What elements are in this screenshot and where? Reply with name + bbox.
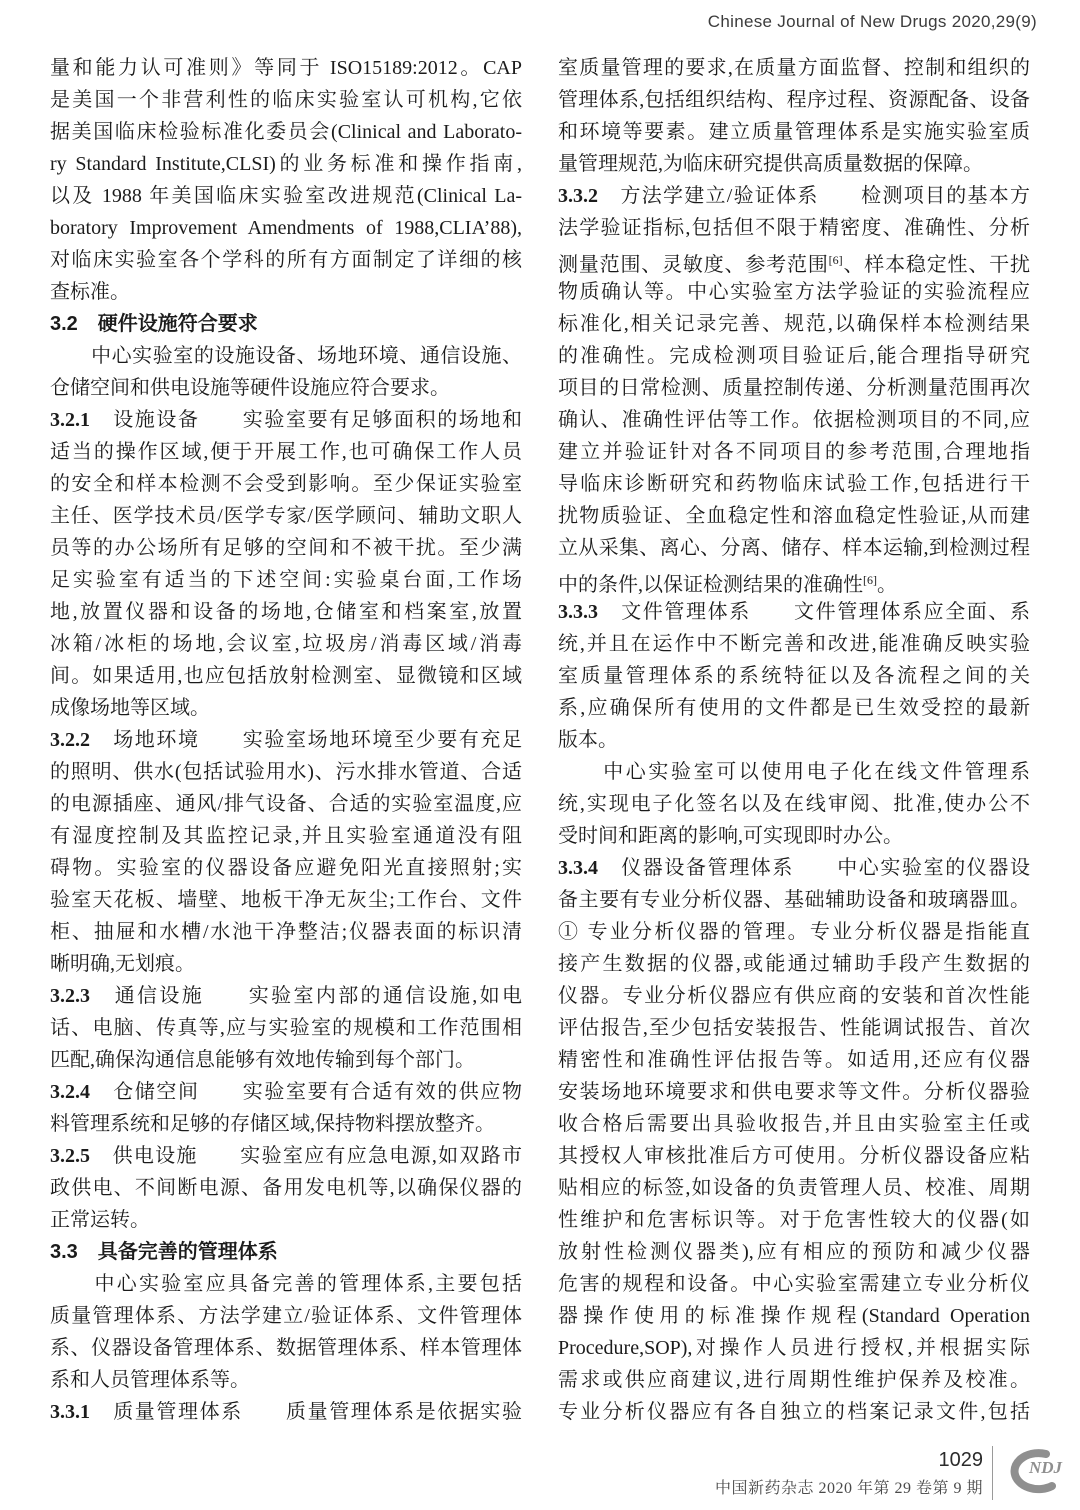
text-line: 室质量管理的要求,在质量方面监督、控制和组织的 [558,52,1030,84]
section-heading: 3.3 具备完善的管理体系 [50,1236,522,1268]
text-line: 柜、抽屉和水槽/水池干净整洁;仪器表面的标识清 [50,916,522,948]
text-line: ① 专业分析仪器的管理。专业分析仪器是指能直 [558,916,1030,948]
text-line: 仪器。专业分析仪器应有供应商的安装和首次性能 [558,980,1030,1012]
text-line: 量管理规范,为临床研究提供高质量数据的保障。 [558,148,1030,180]
text-line: 以及 1988 年美国临床实验室改进规范(Clinical La- [50,180,522,212]
page-number: 1029 [715,1449,983,1472]
footer-text-block: 1029 中国新药杂志 2020 年第 29 卷第 9 期 [715,1449,983,1498]
text-line: 员等的办公场所有足够的空间和不被干扰。至少满 [50,532,522,564]
text-line: 导临床诊断研究和药物临床试验工作,包括进行干 [558,468,1030,500]
text-line: 话、电脑、传真等,应与实验室的规模和工作范围相 [50,1012,522,1044]
text-line: 适当的操作区域,便于开展工作,也可确保工作人员 [50,436,522,468]
column-right: 室质量管理的要求,在质量方面监督、控制和组织的管理体系,包括组织结构、程序过程、… [558,52,1030,1428]
text-line: 室质量管理体系的系统特征以及各流程之间的关 [558,660,1030,692]
text-line: 3.2.5 供电设施 实验室应有应急电源,如双路市 [50,1140,522,1172]
page-footer: 1029 中国新药杂志 2020 年第 29 卷第 9 期 NDJ [715,1446,1072,1500]
text-line: 危害的规程和设备。中心实验室需建立专业分析仪 [558,1268,1030,1300]
text-line: 地,放置仪器和设备的场地,仓储室和档案室,放置 [50,596,522,628]
text-line: 中的条件,以保证检测结果的准确性[6]。 [558,564,1030,596]
section-heading: 3.2 硬件设施符合要求 [50,308,522,340]
text-line: 查标准。 [50,276,522,308]
text-line: 3.2.4 仓储空间 实验室要有合适有效的供应物 [50,1076,522,1108]
text-line: 系、仪器设备管理体系、数据管理体系、样本管理体 [50,1332,522,1364]
text-line: 建立并验证针对各不同项目的参考范围,合理地指 [558,436,1030,468]
text-line: 安装场地环境要求和供电要求等文件。分析仪器验 [558,1076,1030,1108]
journal-info-cn: 中国新药杂志 2020 年第 29 卷第 9 期 [715,1475,983,1498]
text-line: 管理体系,包括组织结构、程序过程、资源配备、设备 [558,84,1030,116]
text-line: 质量管理体系、方法学建立/验证体系、文件管理体 [50,1300,522,1332]
text-line: 主任、医学技术员/医学专家/医学顾问、辅助文职人 [50,500,522,532]
text-line: 立从采集、离心、分离、储存、样本运输,到检测过程 [558,532,1030,564]
text-line: 扰物质验证、全血稳定性和溶血稳定性验证,从而建 [558,500,1030,532]
text-line: boratory Improvement Amendments of 1988,… [50,212,522,244]
text-line: 确认、准确性评估等工作。依据检测项目的不同,应 [558,404,1030,436]
text-line: 政供电、不间断电源、备用发电机等,以确保仪器的 [50,1172,522,1204]
text-line: 收合格后需要出具验收报告,并且由实验室主任或 [558,1108,1030,1140]
text-line: 晰明确,无划痕。 [50,948,522,980]
text-line: 法学验证指标,包括但不限于精密度、准确性、分析 [558,212,1030,244]
text-line: 3.3.1 质量管理体系 质量管理体系是依据实验 [50,1396,522,1428]
text-line: 量和能力认可准则》等同于 ISO15189:2012。CAP [50,52,522,84]
text-line: 和环境等要素。建立质量管理体系是实施实验室质 [558,116,1030,148]
text-line: 专业分析仪器应有各自独立的档案记录文件,包括 [558,1396,1030,1428]
text-line: 正常运转。 [50,1204,522,1236]
text-line: 仓储空间和供电设施等硬件设施应符合要求。 [50,372,522,404]
text-line: 3.2.1 设施设备 实验室要有足够面积的场地和 [50,404,522,436]
text-line: 测量范围、灵敏度、参考范围[6]、样本稳定性、干扰 [558,244,1030,276]
text-line: 3.3.4 仪器设备管理体系 中心实验室的仪器设 [558,852,1030,884]
citation-superscript: [6] [829,253,843,267]
text-line: 项目的日常检测、质量控制传递、分析测量范围再次 [558,372,1030,404]
text-line: 接产生数据的仪器,或能通过辅助手段产生数据的 [558,948,1030,980]
text-line: 系,应确保所有使用的文件都是已生效受控的最新 [558,692,1030,724]
journal-page: Chinese Journal of New Drugs 2020,29(9) … [0,0,1080,1510]
text-line: 物质确认等。中心实验室方法学验证的实验流程应 [558,276,1030,308]
text-line: 性维护和危害标识等。对于危害性较大的仪器(如 [558,1204,1030,1236]
text-line: 的安全和样本检测不会受到影响。至少保证实验室 [50,468,522,500]
text-line: 料管理系统和足够的存储区域,保持物料摆放整齐。 [50,1108,522,1140]
text-line: 3.2.3 通信设施 实验室内部的通信设施,如电 [50,980,522,1012]
text-line: 是美国一个非营利性的临床实验室认可机构,它依 [50,84,522,116]
text-line: 的准确性。完成检测项目验证后,能合理指导研究 [558,340,1030,372]
article-body: 量和能力认可准则》等同于 ISO15189:2012。CAP是美国一个非营利性的… [50,52,1030,1428]
text-line: 受时间和距离的影响,可实现即时办公。 [558,820,1030,852]
text-line: 有湿度控制及其监控记录,并且实验室通道没有阻 [50,820,522,852]
text-line: 验室天花板、墙壁、地板干净无灰尘;工作台、文件 [50,884,522,916]
text-line: 器操作使用的标准操作规程(Standard Operation [558,1300,1030,1332]
text-line: 统,实现电子化签名以及在线审阅、批准,使办公不 [558,788,1030,820]
text-line: 匹配,确保沟通信息能够有效地传输到每个部门。 [50,1044,522,1076]
text-line: 精密性和准确性评估报告等。如适用,还应有仪器 [558,1044,1030,1076]
text-line: 成像场地等区域。 [50,692,522,724]
text-line: 的电源插座、通风/排气设备、合适的实验室温度,应 [50,788,522,820]
text-line: 间。如果适用,也应包括放射检测室、显微镜和区域 [50,660,522,692]
text-line: ry Standard Institute,CLSI)的业务标准和操作指南, [50,148,522,180]
text-line: 3.3.2 方法学建立/验证体系 检测项目的基本方 [558,180,1030,212]
text-line: 其授权人审核批准后方可使用。分析仪器设备应粘 [558,1140,1030,1172]
text-line: Procedure,SOP),对操作人员进行授权,并根据实际 [558,1332,1030,1364]
text-line: 足实验室有适当的下述空间:实验桌台面,工作场 [50,564,522,596]
text-line: 系和人员管理体系等。 [50,1364,522,1396]
text-line: 对临床实验室各个学科的所有方面制定了详细的核 [50,244,522,276]
text-line: 中心实验室的设施设备、场地环境、通信设施、 [50,340,522,372]
text-line: 放射性检测仪器类),应有相应的预防和减少仪器 [558,1236,1030,1268]
text-line: 3.2.2 场地环境 实验室场地环境至少要有充足 [50,724,522,756]
text-line: 碍物。实验室的仪器设备应避免阳光直接照射;实 [50,852,522,884]
text-line: 中心实验室应具备完善的管理体系,主要包括 [50,1268,522,1300]
column-left: 量和能力认可准则》等同于 ISO15189:2012。CAP是美国一个非营利性的… [50,52,522,1428]
logo-letters: NDJ [1028,1458,1063,1477]
text-line: 贴相应的标签,如设备的负责管理人员、校准、周期 [558,1172,1030,1204]
text-line: 备主要有专业分析仪器、基础辅助设备和玻璃器皿。 [558,884,1030,916]
text-line: 中心实验室可以使用电子化在线文件管理系 [558,756,1030,788]
text-line: 的照明、供水(包括试验用水)、污水排水管道、合适 [50,756,522,788]
journal-header-en: Chinese Journal of New Drugs 2020,29(9) [708,12,1037,32]
footer-divider [992,1446,993,1500]
text-line: 标准化,相关记录完善、规范,以确保样本检测结果 [558,308,1030,340]
text-line: 需求或供应商建议,进行周期性维护保养及校准。 [558,1364,1030,1396]
citation-superscript: [6] [863,573,877,587]
text-line: 版本。 [558,724,1030,756]
text-line: 3.3.3 文件管理体系 文件管理体系应全面、系 [558,596,1030,628]
text-line: 统,并且在运作中不断完善和改进,能准确反映实验 [558,628,1030,660]
text-line: 冰箱/冰柜的场地,会议室,垃圾房/消毒区域/消毒 [50,628,522,660]
journal-logo-icon: NDJ [1002,1446,1072,1500]
text-line: 据美国临床检验标准化委员会(Clinical and Laborato- [50,116,522,148]
text-line: 评估报告,至少包括安装报告、性能调试报告、首次 [558,1012,1030,1044]
